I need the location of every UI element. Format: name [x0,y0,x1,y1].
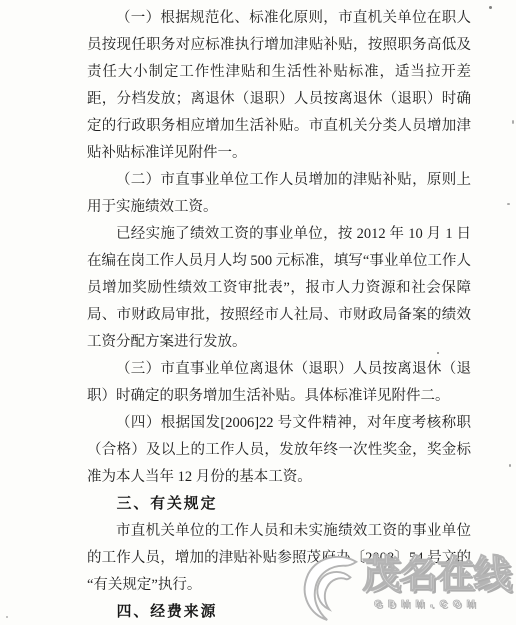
section-heading-regulations: 三、有关规定 [87,491,471,518]
clause-1-paragraph: （一）根据规范化、标准化原则，市直机关单位在职人员按现任职务对应标准执行增加津贴… [87,5,471,167]
document-page: （一）根据规范化、标准化原则，市直机关单位在职人员按现任职务对应标准执行增加津贴… [0,0,516,625]
regulations-paragraph: 市直机关单位的工作人员和未实施绩效工资的事业单位的工作人员，增加的津贴补贴参照茂… [87,518,471,599]
scan-noise-speck [6,616,8,618]
clause-3-paragraph: （三）市直事业单位离退休（退职）人员按离退休（退职）时确定的职务增加生活补贴。具… [87,356,471,410]
scan-noise-speck [489,6,492,9]
performance-pay-paragraph: 已经实施了绩效工资的事业单位，按 2012 年 10 月 1 日在编在岗工作人员… [87,221,471,356]
clause-4-paragraph: （四）根据国发[2006]22 号文件精神，对年度考核称职（合格）及以上的工作人… [87,410,471,491]
scan-noise-speck [512,120,514,124]
document-body: （一）根据规范化、标准化原则，市直机关单位在职人员按现任职务对应标准执行增加津贴… [87,5,471,625]
clause-2-paragraph: （二）市直事业单位工作人员增加的津贴补贴，原则上用于实施绩效工资。 [87,167,471,221]
scan-noise-speck [437,352,439,354]
scan-noise-speck [509,464,511,467]
scan-noise-speck [507,203,510,205]
section-heading-funding: 四、经费来源 [87,599,471,625]
